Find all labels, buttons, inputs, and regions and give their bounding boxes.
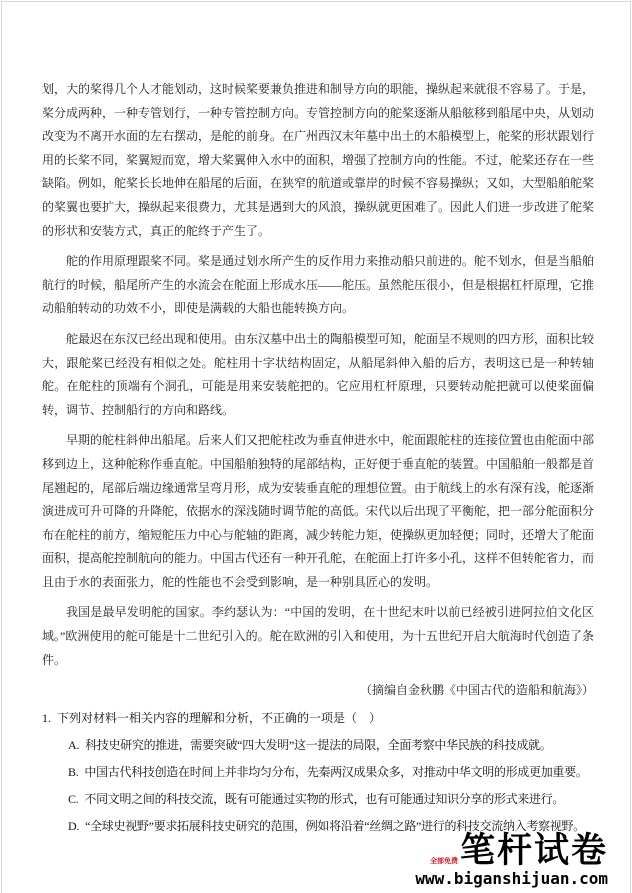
question-stem-text: 下列对材料一相关内容的理解和分析，不正确的一项是（ ） — [57, 711, 381, 725]
exam-page: 划，大的桨得几个人才能划动，这时候桨要兼负推进和制导方向的职能，操纵起来就很不容… — [1, 1, 631, 893]
option-b-label: B. — [68, 761, 78, 785]
option-c-label: C. — [68, 788, 78, 812]
passage-paragraph: 划，大的桨得几个人才能划动，这时候桨要兼负推进和制导方向的职能，操纵起来就很不容… — [42, 78, 594, 243]
option-d-label: D. — [68, 815, 79, 839]
reading-passage: 划，大的桨得几个人才能划动，这时候桨要兼负推进和制导方向的职能，操纵起来就很不容… — [42, 78, 594, 703]
question-1: 1.下列对材料一相关内容的理解和分析，不正确的一项是（ ） A.科技史研究的推进… — [42, 707, 594, 839]
watermark-brand-name: 笔杆试卷 — [460, 832, 608, 869]
option-b: B.中国古代科技创造在时间上并非均匀分布，先秦两汉成果众多，对推动中华文明的形成… — [42, 761, 594, 785]
option-a: A.科技史研究的推进，需要突破“四大发明”这一提法的局限，全面考察中华民族的科技… — [42, 734, 594, 758]
watermark-tagline: 全部免费 — [430, 857, 458, 866]
option-b-text: 中国古代科技创造在时间上并非均匀分布，先秦两汉成果众多，对推动中华文明的形成更加… — [84, 765, 587, 779]
option-a-text: 科技史研究的推进，需要突破“四大发明”这一提法的局限，全面考察中华民族的科技成就… — [85, 738, 551, 752]
option-c: C.不同文明之间的科技交流，既有可能通过实物的形式，也有可能通过知识分享的形式来… — [42, 788, 594, 812]
passage-paragraph: 舵最迟在东汉已经出现和使用。由东汉墓中出土的陶船模型可知，舵面呈不规则的四方形，… — [42, 328, 594, 422]
watermark-logo: 全部免费 笔杆试卷 www.biganshijuan.com — [415, 832, 608, 889]
watermark-brand-row: 全部免费 笔杆试卷 — [415, 832, 608, 869]
watermark-url: www.biganshijuan.com — [415, 869, 608, 889]
passage-and-question: 划，大的桨得几个人才能划动，这时候桨要兼负推进和制导方向的职能，操纵起来就很不容… — [42, 78, 594, 839]
option-c-text: 不同文明之间的科技交流，既有可能通过实物的形式，也有可能通过知识分享的形式来进行… — [84, 792, 564, 806]
passage-paragraph: 早期的舵柱斜伸出船尾。后来人们又把舵柱改为垂直伸进水中，舵面跟舵柱的连接位置也由… — [42, 429, 594, 594]
question-number: 1. — [42, 707, 51, 731]
option-a-label: A. — [68, 734, 79, 758]
passage-paragraph: 我国是最早发明舵的国家。李约瑟认为：“中国的发明，在十世纪末叶以前已经被引进阿拉… — [42, 601, 594, 672]
passage-attribution: （摘编自金秋鹏《中国古代的造船和航海》） — [42, 679, 594, 703]
question-stem: 1.下列对材料一相关内容的理解和分析，不正确的一项是（ ） — [42, 707, 594, 731]
passage-paragraph: 舵的作用原理跟桨不同。桨是通过划水所产生的反作用力来推动船只前进的。舵不划水，但… — [42, 250, 594, 321]
